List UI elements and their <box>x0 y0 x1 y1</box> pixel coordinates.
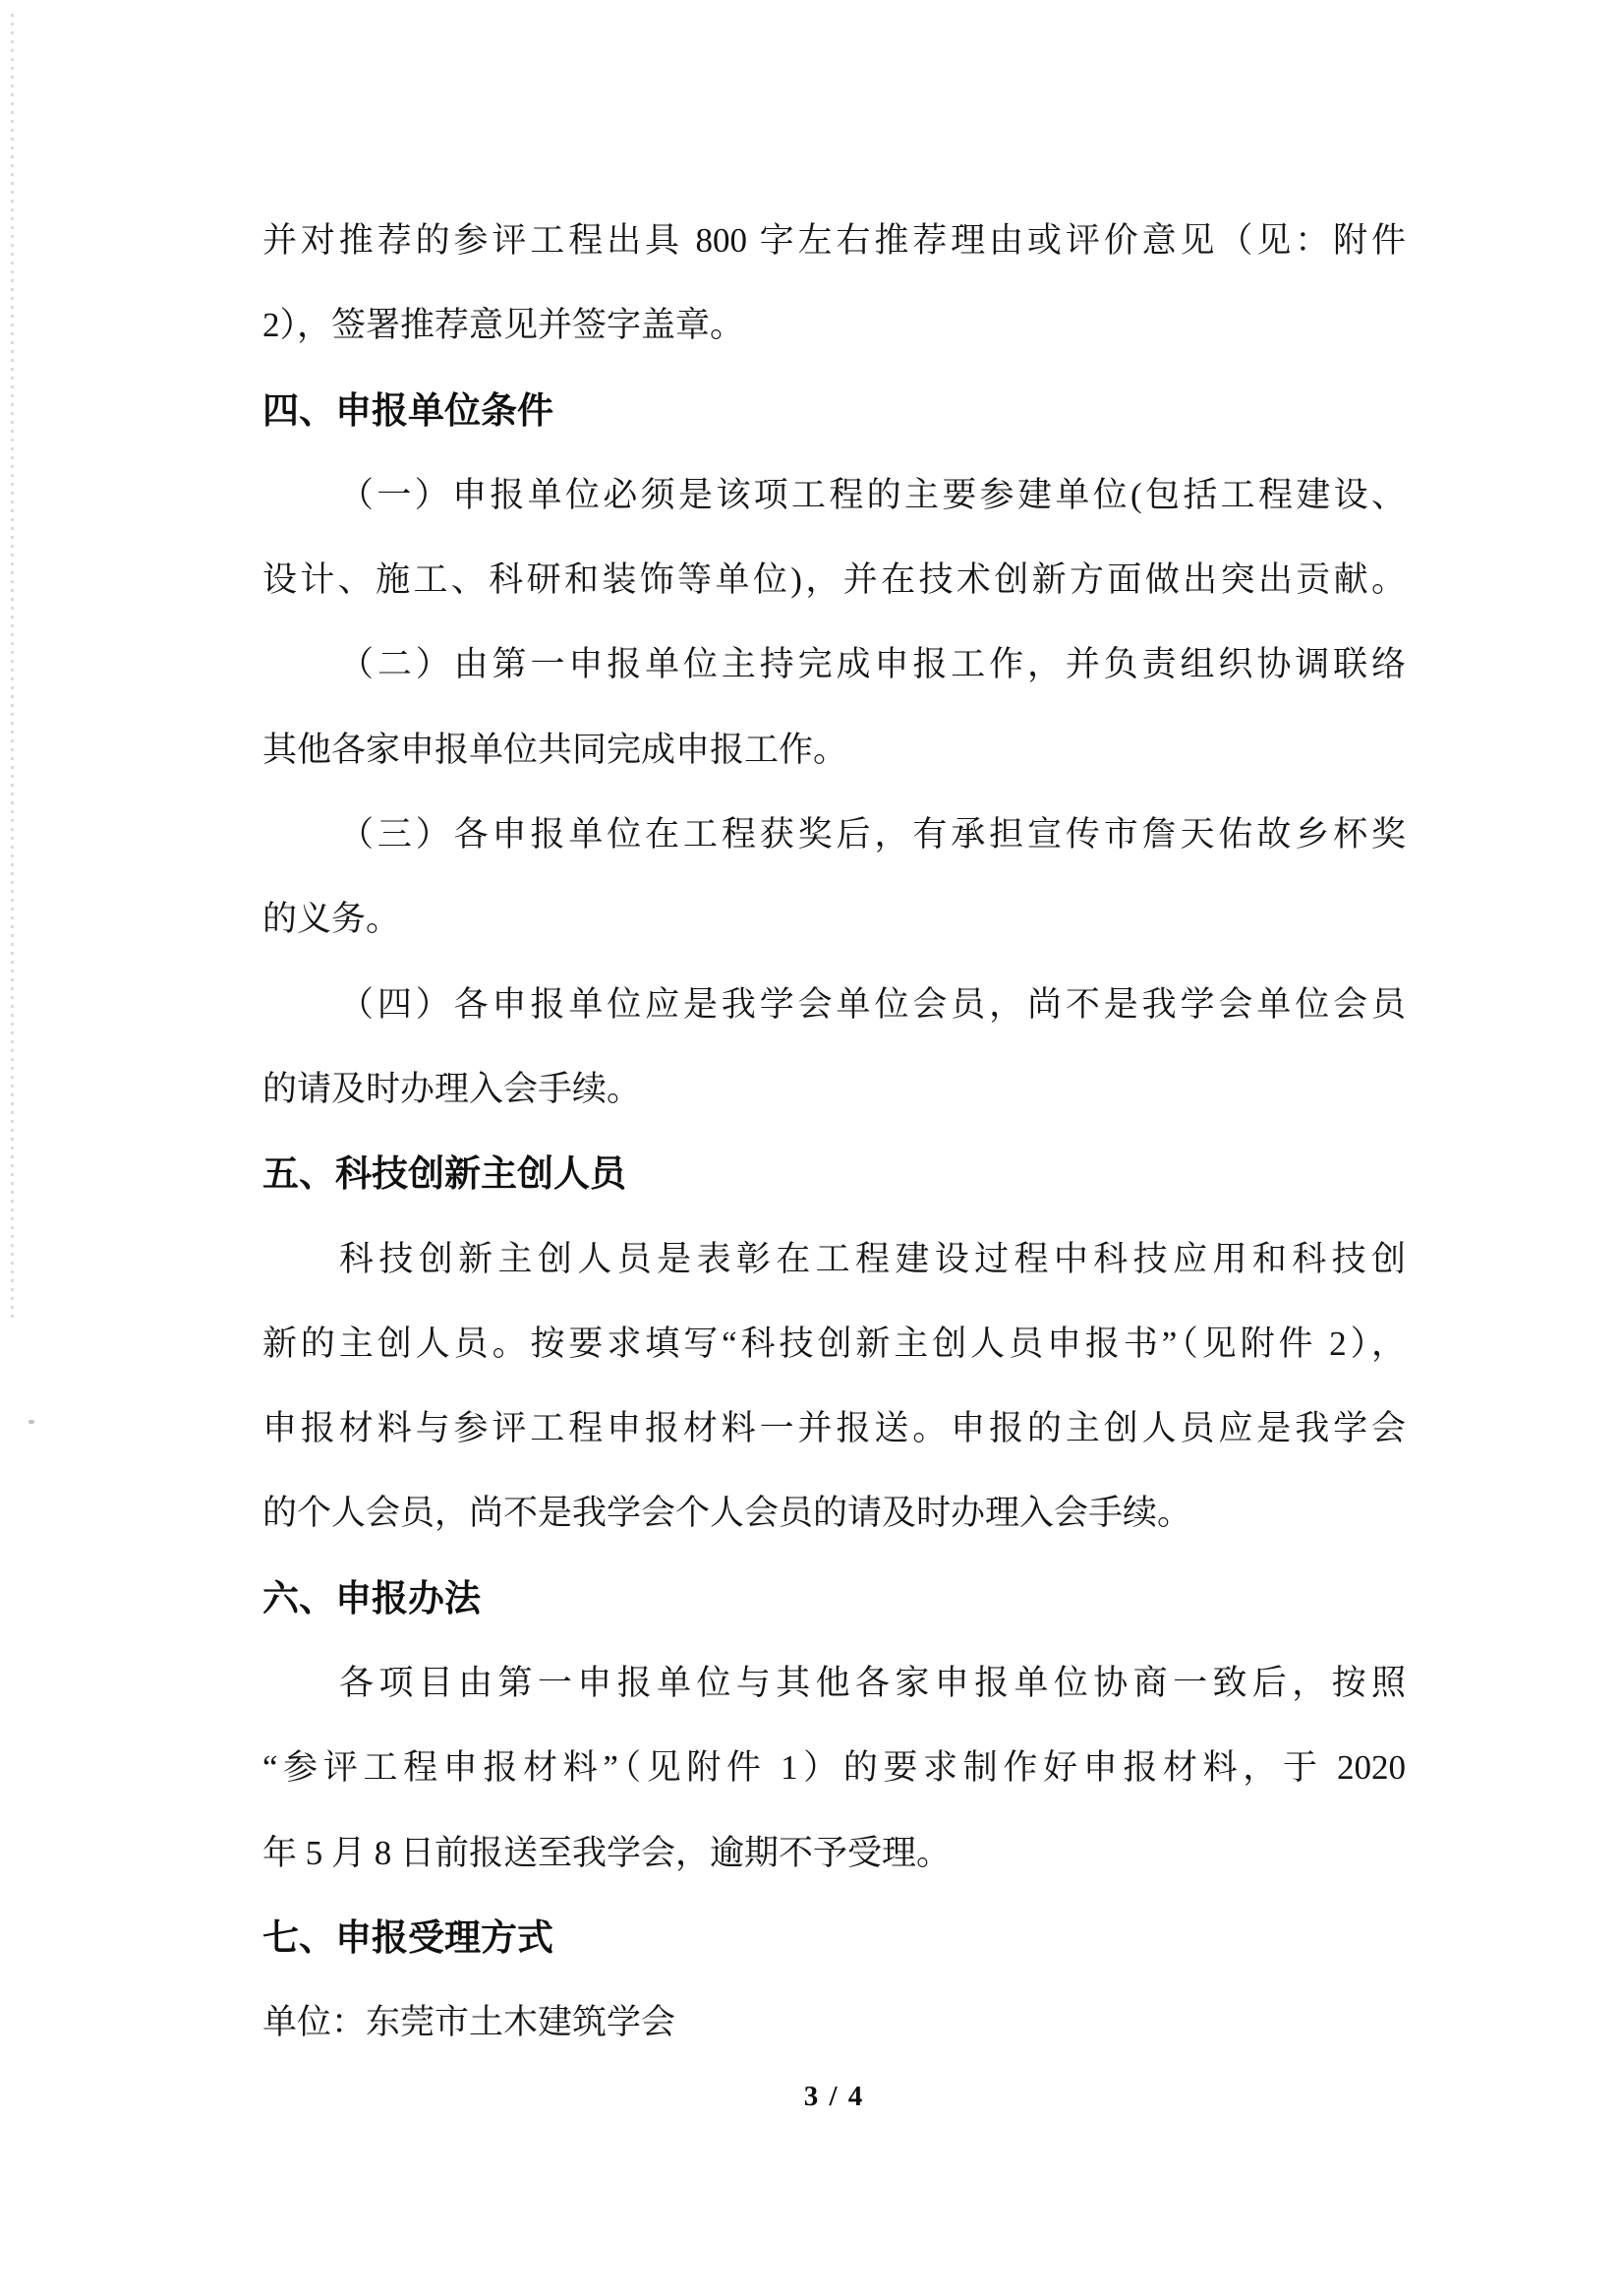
paragraph-line: “参评工程申报材料”（见附件 1）的要求制作好申报材料，于 2020 <box>262 1726 1406 1810</box>
document-body: 并对推荐的参评工程出具 800 字左右推荐理由或评价意见（见：附件 2），签署推… <box>262 199 1406 2066</box>
paragraph-line: 2），签署推荐意见并签字盖章。 <box>262 283 1406 368</box>
paragraph-line: 的义务。 <box>262 877 1406 962</box>
paragraph-line: 并对推荐的参评工程出具 800 字左右推荐理由或评价意见（见：附件 <box>262 199 1406 283</box>
section-heading-5: 五、科技创新主创人员 <box>262 1132 1406 1216</box>
section-heading-4: 四、申报单位条件 <box>262 369 1406 453</box>
paragraph-line: 各项目由第一申报单位与其他各家申报单位协商一致后，按照 <box>262 1641 1406 1726</box>
paragraph-line: 年 5 月 8 日前报送至我学会，逾期不予受理。 <box>262 1811 1406 1896</box>
paragraph-line: 的个人会员，尚不是我学会个人会员的请及时办理入会手续。 <box>262 1471 1406 1556</box>
section-heading-6: 六、申报办法 <box>262 1557 1406 1641</box>
paragraph-line: （二）由第一申报单位主持完成申报工作，并负责组织协调联络 <box>262 622 1406 707</box>
paragraph-line: 申报材料与参评工程申报材料一并报送。申报的主创人员应是我学会 <box>262 1386 1406 1471</box>
paragraph-line: 新的主创人员。按要求填写“科技创新主创人员申报书”（见附件 2）， <box>262 1302 1406 1386</box>
paragraph-line: 设计、施工、科研和装饰等单位)，并在技术创新方面做出突出贡献。 <box>262 538 1406 622</box>
paragraph-line: （一）申报单位必须是该项工程的主要参建单位(包括工程建设、 <box>262 453 1406 538</box>
document-page: 并对推荐的参评工程出具 800 字左右推荐理由或评价意见（见：附件 2），签署推… <box>0 0 1623 2296</box>
section-heading-7: 七、申报受理方式 <box>262 1896 1406 1980</box>
scan-artifact-line <box>11 14 14 1322</box>
paragraph-line: （四）各申报单位应是我学会单位会员，尚不是我学会单位会员 <box>262 963 1406 1047</box>
paragraph-line: （三）各申报单位在工程获奖后，有承担宣传市詹天佑故乡杯奖 <box>262 793 1406 877</box>
paragraph-line: 单位：东莞市土木建筑学会 <box>262 1980 1406 2065</box>
scan-artifact-speck <box>29 1420 34 1424</box>
paragraph-line: 科技创新主创人员是表彰在工程建设过程中科技应用和科技创 <box>262 1217 1406 1302</box>
paragraph-line: 其他各家申报单位共同完成申报工作。 <box>262 708 1406 793</box>
page-number: 3 / 4 <box>262 2077 1406 2116</box>
paragraph-line: 的请及时办理入会手续。 <box>262 1047 1406 1132</box>
